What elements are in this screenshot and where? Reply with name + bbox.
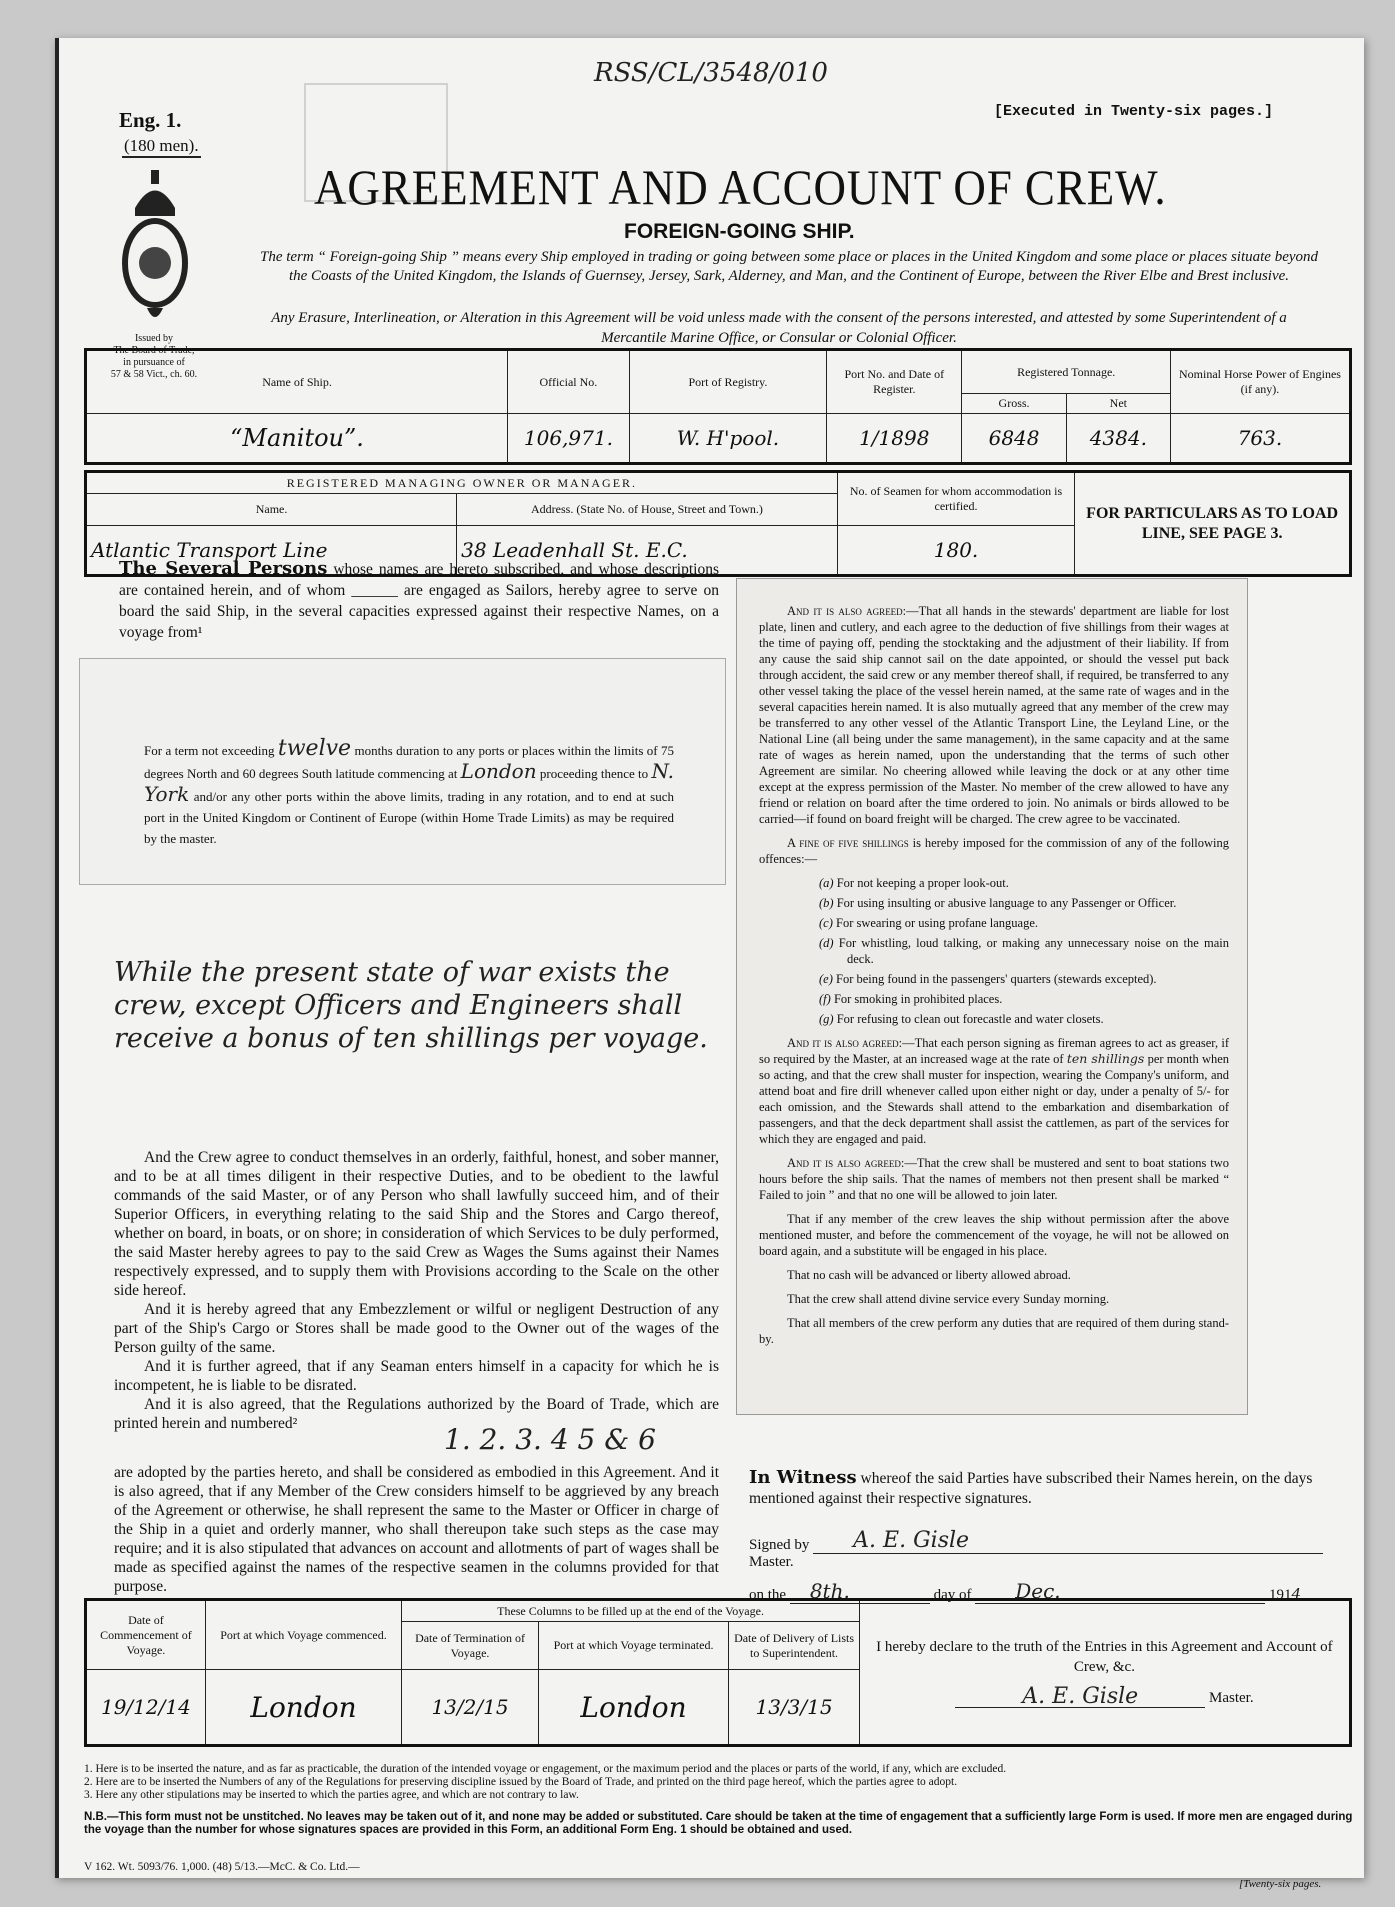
end-of-voyage-note: These Columns to be filled up at the end…: [402, 1600, 860, 1622]
form-capacity: (180 men).: [122, 136, 201, 158]
offence-text: For swearing or using profane language.: [836, 916, 1038, 930]
conduct-clause: And the Crew agree to conduct themselves…: [114, 1148, 719, 1300]
net-tonnage: 4384.: [1066, 414, 1170, 464]
page-count-note: [Twenty-six pages.: [1239, 1878, 1321, 1890]
standby-clause: That all members of the crew perform any…: [759, 1315, 1229, 1347]
leaves-clause: That if any member of the crew leaves th…: [759, 1211, 1229, 1259]
agreement-intro: The Several Persons whose names are here…: [119, 558, 719, 643]
muster-lead: And it is also agreed:: [787, 1156, 904, 1170]
fireman-clause-b: per month when so acting, and that the c…: [759, 1052, 1229, 1146]
signed-by-label: Signed by: [749, 1537, 809, 1553]
header-name-of-ship: Name of Ship.: [86, 350, 508, 414]
load-line-note: FOR PARTICULARS AS TO LOAD LINE, SEE PAG…: [1075, 472, 1351, 576]
embezzlement-clause: And it is hereby agreed that any Embezzl…: [114, 1300, 719, 1357]
no-cash-clause: That no cash will be advanced or liberty…: [759, 1267, 1229, 1283]
offence-item: (a) For not keeping a proper look-out.: [819, 875, 1229, 891]
declaration-master-label: Master.: [1209, 1690, 1254, 1706]
greaser-rate: ten shillings: [1067, 1051, 1144, 1066]
gross-tonnage: 6848: [962, 414, 1066, 464]
conduct-clauses: And the Crew agree to conduct themselves…: [114, 1148, 719, 1433]
declaration-text: I hereby declare to the truth of the Ent…: [864, 1637, 1345, 1677]
voyage-term-text: For a term not exceeding twelve months d…: [144, 738, 674, 849]
header-gross: Gross.: [962, 394, 1066, 414]
offence-text: For using insulting or abusive language …: [837, 896, 1177, 910]
offence-text: For smoking in prohibited places.: [834, 992, 1002, 1006]
regulation-numbers: 1. 2. 3. 4 5 & 6: [444, 1423, 656, 1456]
voyage-table: Date of Commencement of Voyage. Port at …: [84, 1598, 1352, 1747]
header-net: Net: [1066, 394, 1170, 414]
offence-key: (d): [819, 936, 834, 950]
header-commencement-date: Date of Commencement of Voyage.: [86, 1600, 206, 1670]
port-of-registry: W. H'pool.: [629, 414, 826, 464]
offence-key: (e): [819, 972, 833, 986]
divine-service-clause: That the crew shall attend divine servic…: [759, 1291, 1229, 1307]
header-seamen-count: No. of Seamen for whom accommodation is …: [837, 472, 1075, 526]
offences-list: (a) For not keeping a proper look-out. (…: [759, 875, 1229, 1027]
footnote: 1. Here is to be inserted the nature, an…: [84, 1763, 1354, 1776]
erasure-note: Any Erasure, Interlineation, or Alterati…: [259, 308, 1299, 348]
header-port-of-registry: Port of Registry.: [629, 350, 826, 414]
witness-clause: In Witness whereof the said Parties have…: [749, 1468, 1359, 1509]
footnote: 3. Here any other stipulations may be in…: [84, 1789, 1354, 1802]
handwritten-war-bonus-note: While the present state of war exists th…: [114, 956, 734, 1055]
nb-note: N.B.—This form must not be unstitched. N…: [84, 1811, 1354, 1837]
term-rest: and/or any other ports within the above …: [144, 789, 674, 846]
offence-text: For whistling, loud talking, or making a…: [839, 936, 1229, 966]
offence-key: (g): [819, 1012, 834, 1026]
term-prefix: For a term not exceeding: [144, 743, 274, 758]
master-label: Master.: [749, 1554, 794, 1570]
disrating-clause: And it is further agreed, that if any Se…: [114, 1357, 719, 1395]
owner-heading: REGISTERED MANAGING OWNER OR MANAGER.: [86, 472, 838, 494]
port-terminated: London: [538, 1670, 728, 1746]
proceeding-text: proceeding thence to: [540, 766, 648, 781]
archive-reference: RSS/CL/3548/010: [594, 58, 828, 88]
stewards-clause: —That all hands in the stewards' departm…: [759, 604, 1229, 826]
header-port-commenced: Port at which Voyage commenced.: [205, 1600, 401, 1670]
issuer-line: Issued by: [79, 333, 229, 345]
header-owner-name: Name.: [86, 494, 457, 526]
declaration-cell: I hereby declare to the truth of the Ent…: [859, 1600, 1350, 1746]
header-delivery-date: Date of Delivery of Lists to Superintend…: [729, 1622, 860, 1670]
offence-text: For not keeping a proper look-out.: [837, 876, 1009, 890]
stipulations-text: And it is also agreed:—That all hands in…: [759, 603, 1229, 1355]
offence-item: (f) For smoking in prohibited places.: [819, 991, 1229, 1007]
fine-lead: A fine of five shillings: [787, 836, 909, 850]
offence-item: (c) For swearing or using profane langua…: [819, 915, 1229, 931]
port-commenced: London: [205, 1670, 401, 1746]
several-persons-heading: The Several Persons: [119, 558, 327, 579]
term-months: twelve: [278, 736, 351, 761]
offence-key: (f): [819, 992, 831, 1006]
ship-particulars-table: Name of Ship. Official No. Port of Regis…: [84, 348, 1352, 465]
header-tonnage: Registered Tonnage.: [962, 350, 1171, 394]
official-number: 106,971.: [508, 414, 630, 464]
declaration-signature: A. E. Gisle: [955, 1687, 1205, 1708]
printer-imprint: V 162. Wt. 5093/76. 1,000. (48) 5/13.—Mc…: [84, 1861, 360, 1873]
document-subtitle: FOREIGN-GOING SHIP.: [624, 220, 855, 244]
commencing-port: London: [461, 759, 537, 783]
master-signature: A. E. Gisle: [813, 1528, 1323, 1554]
foreign-going-definition: The term “ Foreign-going Ship ” means ev…: [259, 248, 1319, 286]
header-owner-address: Address. (State No. of House, Street and…: [457, 494, 838, 526]
port-no-date: 1/1898: [827, 414, 962, 464]
commencement-date: 19/12/14: [86, 1670, 206, 1746]
document-title: AGREEMENT AND ACCOUNT OF CREW.: [314, 158, 1167, 216]
offence-key: (a): [819, 876, 834, 890]
offence-item: (g) For refusing to clean out forecastle…: [819, 1011, 1229, 1027]
header-termination-date: Date of Termination of Voyage.: [402, 1622, 539, 1670]
header-port-no: Port No. and Date of Register.: [827, 350, 962, 414]
master-signature-block: Signed by A. E. Gisle Master. on the 8th…: [749, 1528, 1359, 1604]
header-horse-power: Nominal Horse Power of Engines (if any).: [1170, 350, 1350, 414]
horse-power: 763.: [1170, 414, 1350, 464]
royal-crest-icon: [117, 168, 193, 333]
witness-heading: In Witness: [749, 1467, 857, 1488]
offence-item: (b) For using insulting or abusive langu…: [819, 895, 1229, 911]
offence-text: For being found in the passengers' quart…: [836, 972, 1157, 986]
offence-key: (c): [819, 916, 833, 930]
header-port-terminated: Port at which Voyage terminated.: [538, 1622, 728, 1670]
offence-key: (b): [819, 896, 834, 910]
offence-item: (d) For whistling, loud talking, or maki…: [819, 935, 1229, 967]
executed-pages-note: [Executed in Twenty-six pages.]: [994, 103, 1273, 120]
adopted-clause: are adopted by the parties hereto, and s…: [114, 1463, 719, 1596]
termination-date: 13/2/15: [402, 1670, 539, 1746]
header-official-no: Official No.: [508, 350, 630, 414]
fireman-lead: And it is also agreed:: [787, 1036, 902, 1050]
crew-agreement-document: RSS/CL/3548/010 Eng. 1. (180 men). Issue…: [55, 38, 1364, 1878]
offence-item: (e) For being found in the passengers' q…: [819, 971, 1229, 987]
form-code: Eng. 1.: [119, 108, 181, 133]
offence-text: For refusing to clean out forecastle and…: [837, 1012, 1104, 1026]
stewards-lead: And it is also agreed:: [787, 604, 906, 618]
ship-name: “Manitou”.: [86, 414, 508, 464]
seamen-count: 180.: [837, 526, 1075, 576]
delivery-date: 13/3/15: [729, 1670, 860, 1746]
footnotes: 1. Here is to be inserted the nature, an…: [84, 1763, 1354, 1802]
footnote: 2. Here are to be inserted the Numbers o…: [84, 1776, 1354, 1789]
